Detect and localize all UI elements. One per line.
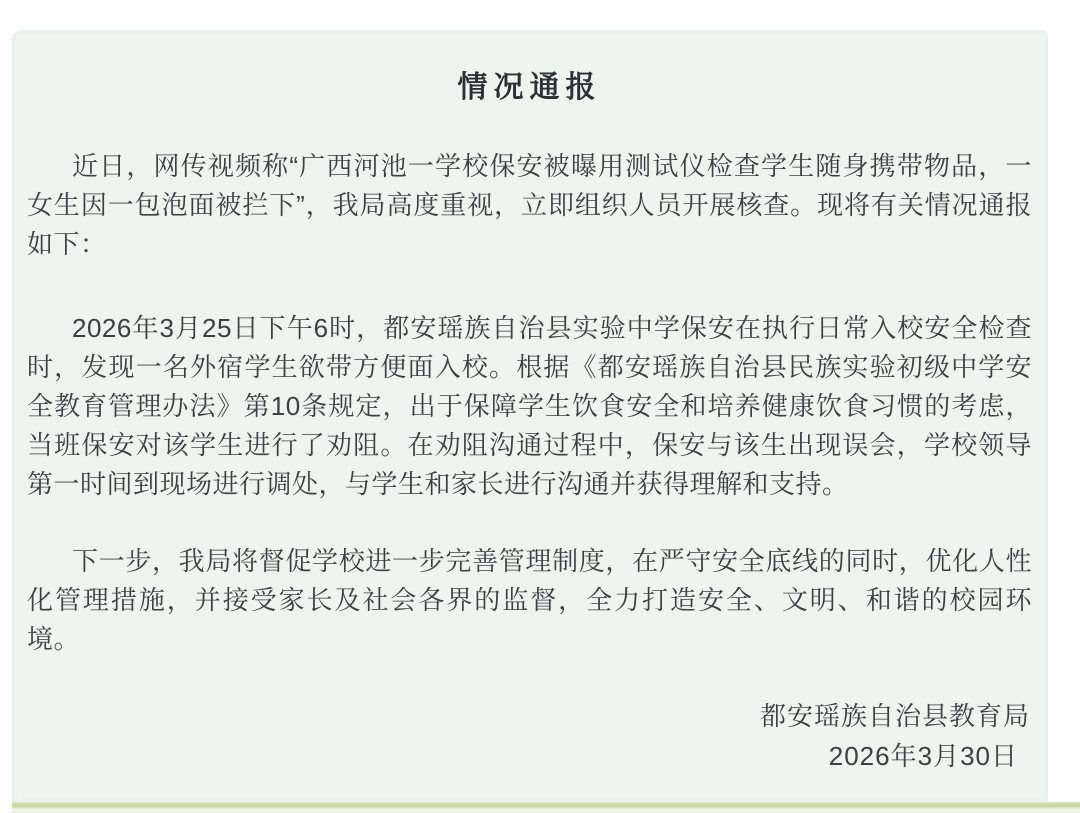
notice-content: 情况通报 近日，网传视频称“广西河池一学校保安被曝用测试仪检查学生随身携带物品，…	[12, 70, 1048, 776]
notice-title: 情况通报	[27, 70, 1032, 106]
notice-paragraph-findings: 2026年3月25日下午6时，都安瑶族自治县实验中学保安在执行日常入校安全检查时…	[27, 309, 1032, 504]
notice-signature-org: 都安瑶族自治县教育局	[27, 697, 1032, 736]
notice-paragraph-intro: 近日，网传视频称“广西河池一学校保安被曝用测试仪检查学生随身携带物品，一女生因一…	[27, 147, 1032, 264]
notice-paper: 情况通报 近日，网传视频称“广西河池一学校保安被曝用测试仪检查学生随身携带物品，…	[12, 30, 1048, 802]
notice-paragraph-next-steps: 下一步，我局将督促学校进一步完善管理制度，在严守安全底线的同时，优化人性化管理措…	[27, 542, 1032, 659]
notice-issue-date: 2026年3月30日	[27, 737, 1032, 776]
bottom-edge-fade	[12, 809, 1080, 813]
bottom-edge-strip	[12, 802, 1080, 809]
